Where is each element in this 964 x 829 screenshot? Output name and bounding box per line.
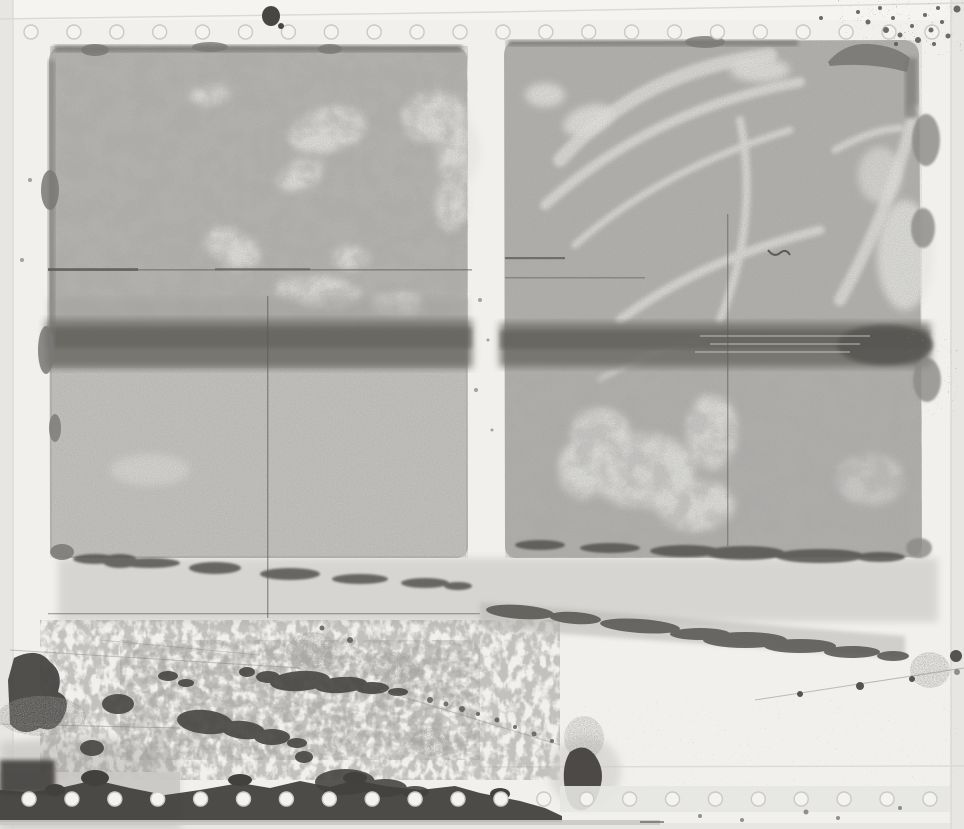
horizontal-line-dash — [215, 268, 310, 271]
ink-streak — [515, 540, 565, 550]
ink-dot — [936, 6, 940, 10]
ink-dot — [476, 712, 480, 716]
ink-dot — [898, 806, 902, 810]
ink-dot — [940, 20, 944, 24]
ink-dot — [698, 814, 702, 818]
sprocket-hole — [367, 25, 381, 39]
ink-blob — [295, 751, 313, 763]
ink-dot — [883, 27, 889, 33]
ink-blob — [80, 740, 104, 756]
top-rim — [54, 45, 462, 52]
edge-speckle-spray — [908, 325, 958, 420]
ink-dot — [487, 339, 490, 342]
rim-lump — [318, 44, 342, 54]
ink-dot — [740, 818, 744, 822]
sprocket-hole — [322, 792, 336, 806]
ink-dot — [495, 718, 500, 723]
sprocket-hole — [496, 25, 510, 39]
stipple-patch — [0, 696, 86, 736]
sprocket-hole — [151, 792, 165, 806]
ink-dot — [954, 6, 961, 13]
sprocket-hole — [880, 792, 894, 806]
ink-dash — [640, 821, 664, 823]
sprocket-hole — [65, 792, 79, 806]
sprocket-hole — [24, 25, 38, 39]
sprocket-hole — [108, 792, 122, 806]
sprocket-hole — [453, 25, 467, 39]
ink-streak — [260, 568, 320, 580]
sprocket-hole — [67, 25, 81, 39]
ink-dot — [320, 626, 325, 631]
ink-blob — [287, 738, 307, 748]
ink-dot — [866, 20, 871, 25]
ink-blob — [102, 694, 134, 714]
ink-dot — [836, 816, 840, 820]
ink-dot — [444, 702, 449, 707]
edge-lump — [906, 538, 932, 558]
below-band-strip — [0, 820, 660, 825]
ink-dot — [856, 682, 864, 690]
sprocket-hole — [623, 792, 637, 806]
sprocket-hole — [751, 792, 765, 806]
sprocket-hole — [796, 25, 810, 39]
horizontal-line — [48, 613, 480, 614]
corner-speckle-spray — [838, 0, 963, 55]
ink-dot — [28, 178, 32, 182]
sprocket-hole — [237, 792, 251, 806]
ink-lump — [343, 772, 367, 784]
sprocket-hole — [194, 792, 208, 806]
ink-dot — [856, 10, 860, 14]
ink-dot — [891, 16, 895, 20]
sprocket-hole — [923, 792, 937, 806]
sprocket-hole — [408, 792, 422, 806]
ink-dot — [459, 706, 465, 712]
sprocket-hole — [365, 792, 379, 806]
ink-dot — [915, 37, 921, 43]
sprocket-hole — [324, 25, 338, 39]
ink-streak — [855, 552, 905, 562]
ink-streak — [401, 578, 449, 588]
top-rim — [508, 40, 798, 46]
sprocket-hole — [153, 25, 167, 39]
sprocket-hole — [196, 25, 210, 39]
sprocket-hole — [537, 792, 551, 806]
sprocket-hole — [668, 25, 682, 39]
left-horizon-core — [46, 328, 472, 348]
sprocket-hole — [279, 792, 293, 806]
ink-blob — [178, 679, 194, 687]
right-rim — [905, 58, 917, 118]
sprocket-hole — [22, 792, 36, 806]
stipple-patch — [286, 632, 338, 672]
ink-dot — [910, 24, 914, 28]
ink-blob — [262, 6, 280, 26]
ink-dot — [804, 810, 809, 815]
artwork-scan — [0, 0, 964, 829]
ink-blob — [355, 682, 389, 694]
ink-dot — [954, 669, 960, 675]
ink-streak — [332, 574, 388, 584]
ink-streak — [444, 582, 472, 590]
edge-lump — [38, 326, 54, 374]
edge-lump — [41, 170, 59, 210]
horizontal-line-dash — [48, 268, 138, 271]
artwork-canvas — [0, 0, 964, 829]
sprocket-hole — [110, 25, 124, 39]
ink-dot — [894, 42, 898, 46]
sprocket-hole — [710, 25, 724, 39]
vertical-fold-line — [727, 214, 728, 546]
edge-lump — [50, 544, 74, 560]
ink-dot — [898, 33, 903, 38]
ink-dot — [929, 28, 934, 33]
ink-dot — [278, 23, 284, 29]
horizontal-line-dash — [505, 257, 565, 259]
ink-dot — [20, 258, 24, 262]
edge-lump — [49, 414, 61, 442]
edge-lump — [911, 208, 935, 248]
ink-dot — [946, 34, 951, 39]
ink-blob — [388, 688, 408, 696]
sprocket-hole — [625, 25, 639, 39]
ink-blob — [254, 729, 290, 745]
ink-streak — [877, 651, 909, 661]
ink-dot — [923, 13, 927, 17]
sprocket-hole — [753, 25, 767, 39]
ink-dot — [878, 6, 882, 10]
stipple-patch — [910, 652, 950, 688]
ink-dot — [491, 429, 494, 432]
ink-streak — [705, 546, 785, 560]
ink-blob — [239, 667, 255, 677]
horizontal-line — [505, 277, 645, 279]
sprocket-hole — [539, 25, 553, 39]
sprocket-hole — [410, 25, 424, 39]
ink-dot — [797, 691, 803, 697]
ink-dot — [347, 637, 353, 643]
bottom-spatter-scene — [0, 602, 964, 829]
ink-lump — [228, 774, 252, 786]
stipple-patch — [372, 652, 420, 684]
sprocket-hole — [451, 792, 465, 806]
right-panel-grain-texture — [505, 40, 922, 558]
sprocket-hole — [837, 792, 851, 806]
sprocket-hole — [494, 792, 508, 806]
ink-dot — [950, 650, 962, 662]
sprocket-hole — [580, 792, 594, 806]
left-rim — [48, 60, 55, 360]
ink-dot — [532, 732, 537, 737]
ink-streak — [580, 543, 640, 553]
vertical-fold-line — [267, 296, 268, 618]
sprocket-hole — [666, 792, 680, 806]
rim-lump — [81, 44, 109, 56]
sprocket-hole — [582, 25, 596, 39]
ink-dot — [478, 298, 482, 302]
ink-streak — [824, 646, 880, 658]
sprocket-hole — [794, 792, 808, 806]
ink-streak — [189, 562, 241, 574]
ink-blob — [256, 671, 280, 683]
right-panel — [500, 36, 958, 563]
ink-dot — [474, 388, 478, 392]
ink-streak — [102, 554, 138, 568]
ink-lump — [81, 770, 109, 786]
ink-dot — [909, 676, 915, 682]
edge-lump — [912, 114, 940, 166]
ink-dot — [513, 725, 517, 729]
sprocket-hole — [708, 792, 722, 806]
ink-dot — [427, 697, 433, 703]
band-left-mass — [0, 760, 55, 794]
ink-dot — [932, 42, 936, 46]
stipple-patch — [410, 728, 450, 756]
ink-streak — [775, 549, 865, 563]
left-panel — [38, 42, 480, 618]
sprocket-hole — [239, 25, 253, 39]
ink-blob — [158, 671, 178, 681]
rim-lump — [192, 42, 228, 52]
ink-dot — [819, 16, 823, 20]
